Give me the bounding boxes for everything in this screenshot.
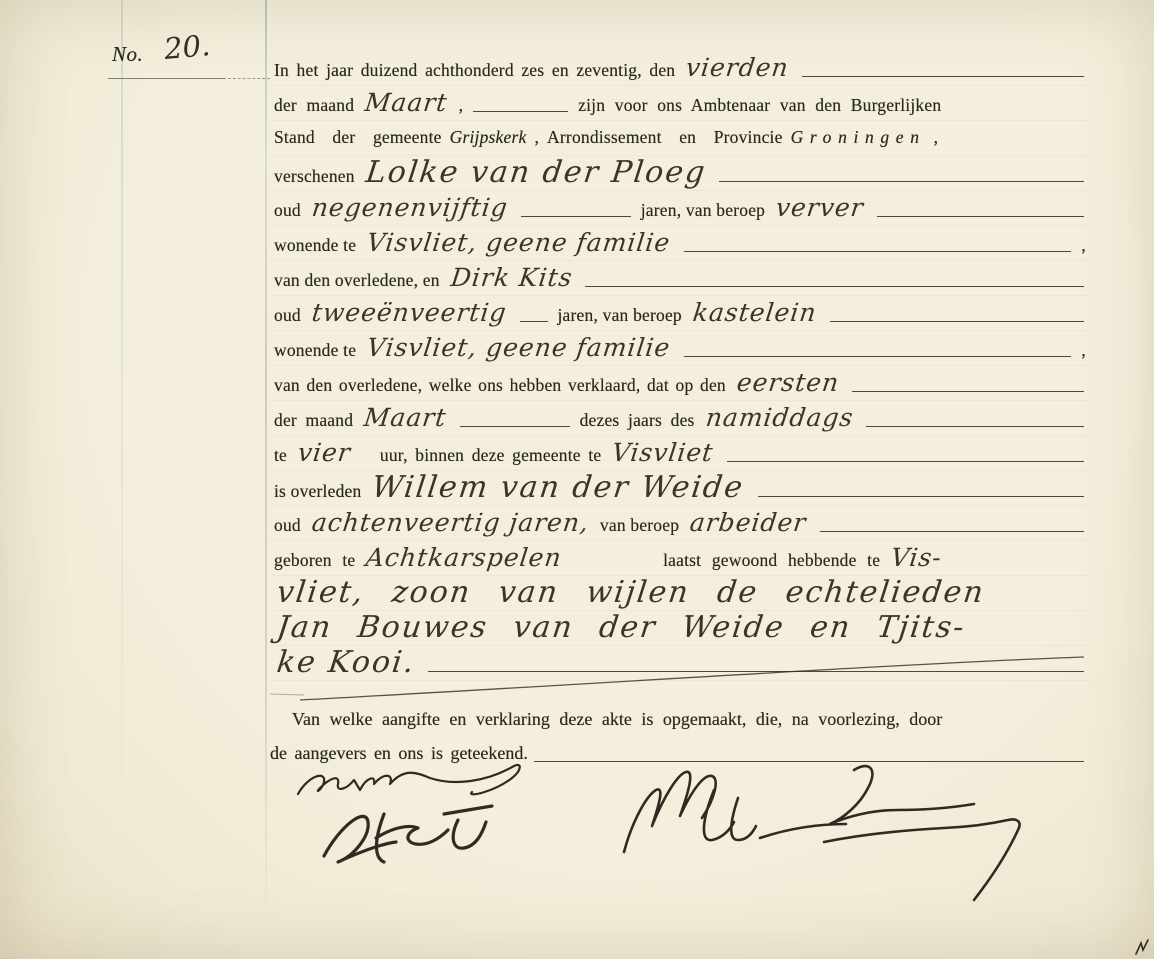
act-line: Stand der gemeenteGrijpskerk,Arrondissem… bbox=[270, 120, 1090, 155]
printed-form-text: oud bbox=[274, 508, 301, 543]
handwritten-entry: Visvliet, geene familie bbox=[365, 330, 673, 365]
printed-form-text: uur, binnen deze gemeente te bbox=[380, 438, 601, 473]
act-line: wonende teVisvliet, geene familie, bbox=[270, 225, 1090, 260]
handwritten-entry: Vis- bbox=[889, 540, 944, 575]
handwritten-entry: negenenvijftig bbox=[310, 190, 510, 225]
act-line: verschenenLolke van der Ploeg bbox=[270, 155, 1090, 190]
handwritten-entry: Dirk Kits bbox=[449, 260, 575, 295]
handwritten-entry: Jan Bouwes van der Weide en Tjits- bbox=[275, 610, 968, 645]
handwritten-entry: kastelein bbox=[691, 295, 819, 330]
printed-form-text: In het jaar duizend achthonderd zes en z… bbox=[274, 53, 675, 88]
signatures-block bbox=[268, 748, 1090, 933]
blank-ruled-line bbox=[684, 251, 1072, 252]
handwritten-entry: namiddags bbox=[703, 400, 855, 435]
printed-form-text: van beroep bbox=[600, 508, 679, 543]
blank-ruled-line bbox=[852, 391, 1084, 392]
blank-ruled-line bbox=[758, 496, 1084, 497]
handwritten-entry: Willem van der Weide bbox=[370, 470, 746, 505]
act-line: is overledenWillem van der Weide bbox=[270, 470, 1090, 505]
printed-form-text: der maand bbox=[274, 403, 353, 438]
printed-form-text: dezes jaars des bbox=[580, 403, 695, 438]
printed-form-text: laatst gewoond hebbende te bbox=[663, 543, 880, 578]
printed-form-text: zijn voor ons Ambtenaar van den Burgerli… bbox=[578, 88, 941, 123]
signature-registrar bbox=[624, 766, 1020, 900]
act-line: der maandMaart,zijn voor ons Ambtenaar v… bbox=[270, 85, 1090, 120]
printed-form-text: jaren, van beroep bbox=[641, 193, 765, 228]
handwritten-entry: Lolke van der Ploeg bbox=[364, 155, 709, 190]
printed-form-text: der maand bbox=[274, 88, 354, 123]
act-number-label: No. bbox=[112, 42, 143, 66]
act-line: vliet, zoon van wijlen de echtelieden bbox=[270, 575, 1090, 610]
printed-form-text: van den overledene, welke ons hebben ver… bbox=[274, 368, 726, 403]
handwritten-entry: vierden bbox=[684, 50, 791, 85]
act-line: oudnegenenvijftigjaren, van beroepverver bbox=[270, 190, 1090, 225]
signature-lolke-van-der-ploeg bbox=[298, 765, 520, 794]
blank-ruled-line bbox=[866, 426, 1084, 427]
act-line: oudachtenveertig jaren,van beroeparbeide… bbox=[270, 505, 1090, 540]
printed-form-text: verschenen bbox=[274, 159, 355, 194]
printed-form-text: van den overledene, en bbox=[274, 263, 440, 298]
handwritten-entry: vier bbox=[296, 435, 353, 470]
blank-ruled-line bbox=[473, 111, 568, 112]
handwritten-entry: Maart bbox=[362, 400, 449, 435]
corner-ink-mark bbox=[1133, 936, 1153, 958]
handwritten-entry: Maart bbox=[363, 85, 450, 120]
handwritten-entry: verver bbox=[774, 190, 866, 225]
blank-ruled-line bbox=[877, 216, 1084, 217]
printed-form-text: te bbox=[274, 438, 287, 473]
handwritten-entry: Visvliet, geene familie bbox=[365, 225, 673, 260]
act-line: wonende teVisvliet, geene familie, bbox=[270, 330, 1090, 365]
blank-ruled-line bbox=[727, 461, 1084, 462]
act-line: van den overledene, welke ons hebben ver… bbox=[270, 365, 1090, 400]
closing-line-1: Van welke aangifte en verklaring deze ak… bbox=[270, 702, 1090, 736]
printed-form-text: jaren, van beroep bbox=[558, 298, 682, 333]
handwritten-entry: achtenveertig jaren, bbox=[310, 505, 591, 540]
printed-form-text: Arrondissement en Provincie bbox=[547, 120, 783, 155]
signature-dirk-kits bbox=[324, 806, 492, 862]
act-body: In het jaar duizend achthonderd zes en z… bbox=[270, 50, 1090, 680]
blank-ruled-line bbox=[684, 356, 1072, 357]
margin-fold-line bbox=[265, 0, 267, 959]
blank-ruled-line bbox=[719, 181, 1084, 182]
act-line: oudtweeënveertigjaren, van beroepkastele… bbox=[270, 295, 1090, 330]
paper-fold-line-left bbox=[121, 0, 123, 959]
printed-form-text: , bbox=[1081, 228, 1086, 263]
act-number-block: No. 20. bbox=[112, 42, 282, 67]
handwritten-entry: tweeënveertig bbox=[310, 295, 509, 330]
blank-ruled-line bbox=[802, 76, 1084, 77]
pen-flourish-line bbox=[270, 648, 1090, 708]
printed-form-text: wonende te bbox=[274, 333, 356, 368]
blank-ruled-line bbox=[585, 286, 1084, 287]
printed-form-text: , bbox=[934, 120, 939, 155]
act-line: Jan Bouwes van der Weide en Tjits- bbox=[270, 610, 1090, 645]
handwritten-entry: Achtkarspelen bbox=[364, 540, 564, 575]
printed-form-text: oud bbox=[274, 298, 301, 333]
act-line: der maandMaartdezes jaars desnamiddags bbox=[270, 400, 1090, 435]
act-number-underline bbox=[108, 78, 226, 79]
act-line: tevieruur, binnen deze gemeente teVisvli… bbox=[270, 435, 1090, 470]
act-line: van den overledene, enDirk Kits bbox=[270, 260, 1090, 295]
printed-form-text: , bbox=[1081, 333, 1086, 368]
printed-form-text: , bbox=[534, 120, 539, 155]
blank-ruled-line bbox=[521, 216, 631, 217]
printed-form-text: Stand der gemeente bbox=[274, 120, 442, 155]
handwritten-entry: arbeider bbox=[688, 505, 809, 540]
printed-form-text: oud bbox=[274, 193, 301, 228]
act-line: In het jaar duizend achthonderd zes en z… bbox=[270, 50, 1090, 85]
blank-ruled-line bbox=[460, 426, 570, 427]
act-number-underline-dash bbox=[228, 78, 270, 79]
handwritten-entry: Visvliet bbox=[610, 435, 716, 470]
printed-form-text: is overleden bbox=[274, 474, 361, 509]
handwritten-entry: eersten bbox=[735, 365, 842, 400]
handwritten-entry: vliet, zoon van wijlen de echtelieden bbox=[275, 575, 987, 610]
act-line: geboren teAchtkarspelenlaatst gewoond he… bbox=[270, 540, 1090, 575]
act-number-value: 20. bbox=[163, 28, 212, 66]
death-certificate-scan: No. 20. In het jaar duizend achthonderd … bbox=[0, 0, 1154, 959]
printed-form-text: geboren te bbox=[274, 543, 355, 578]
printed-form-text: Groningen bbox=[791, 120, 926, 155]
blank-ruled-line bbox=[820, 531, 1084, 532]
printed-form-text: , bbox=[459, 88, 464, 123]
printed-form-text: wonende te bbox=[274, 228, 356, 263]
printed-form-text: Grijpskerk bbox=[450, 120, 527, 155]
blank-ruled-line bbox=[520, 321, 548, 322]
blank-ruled-line bbox=[830, 321, 1084, 322]
